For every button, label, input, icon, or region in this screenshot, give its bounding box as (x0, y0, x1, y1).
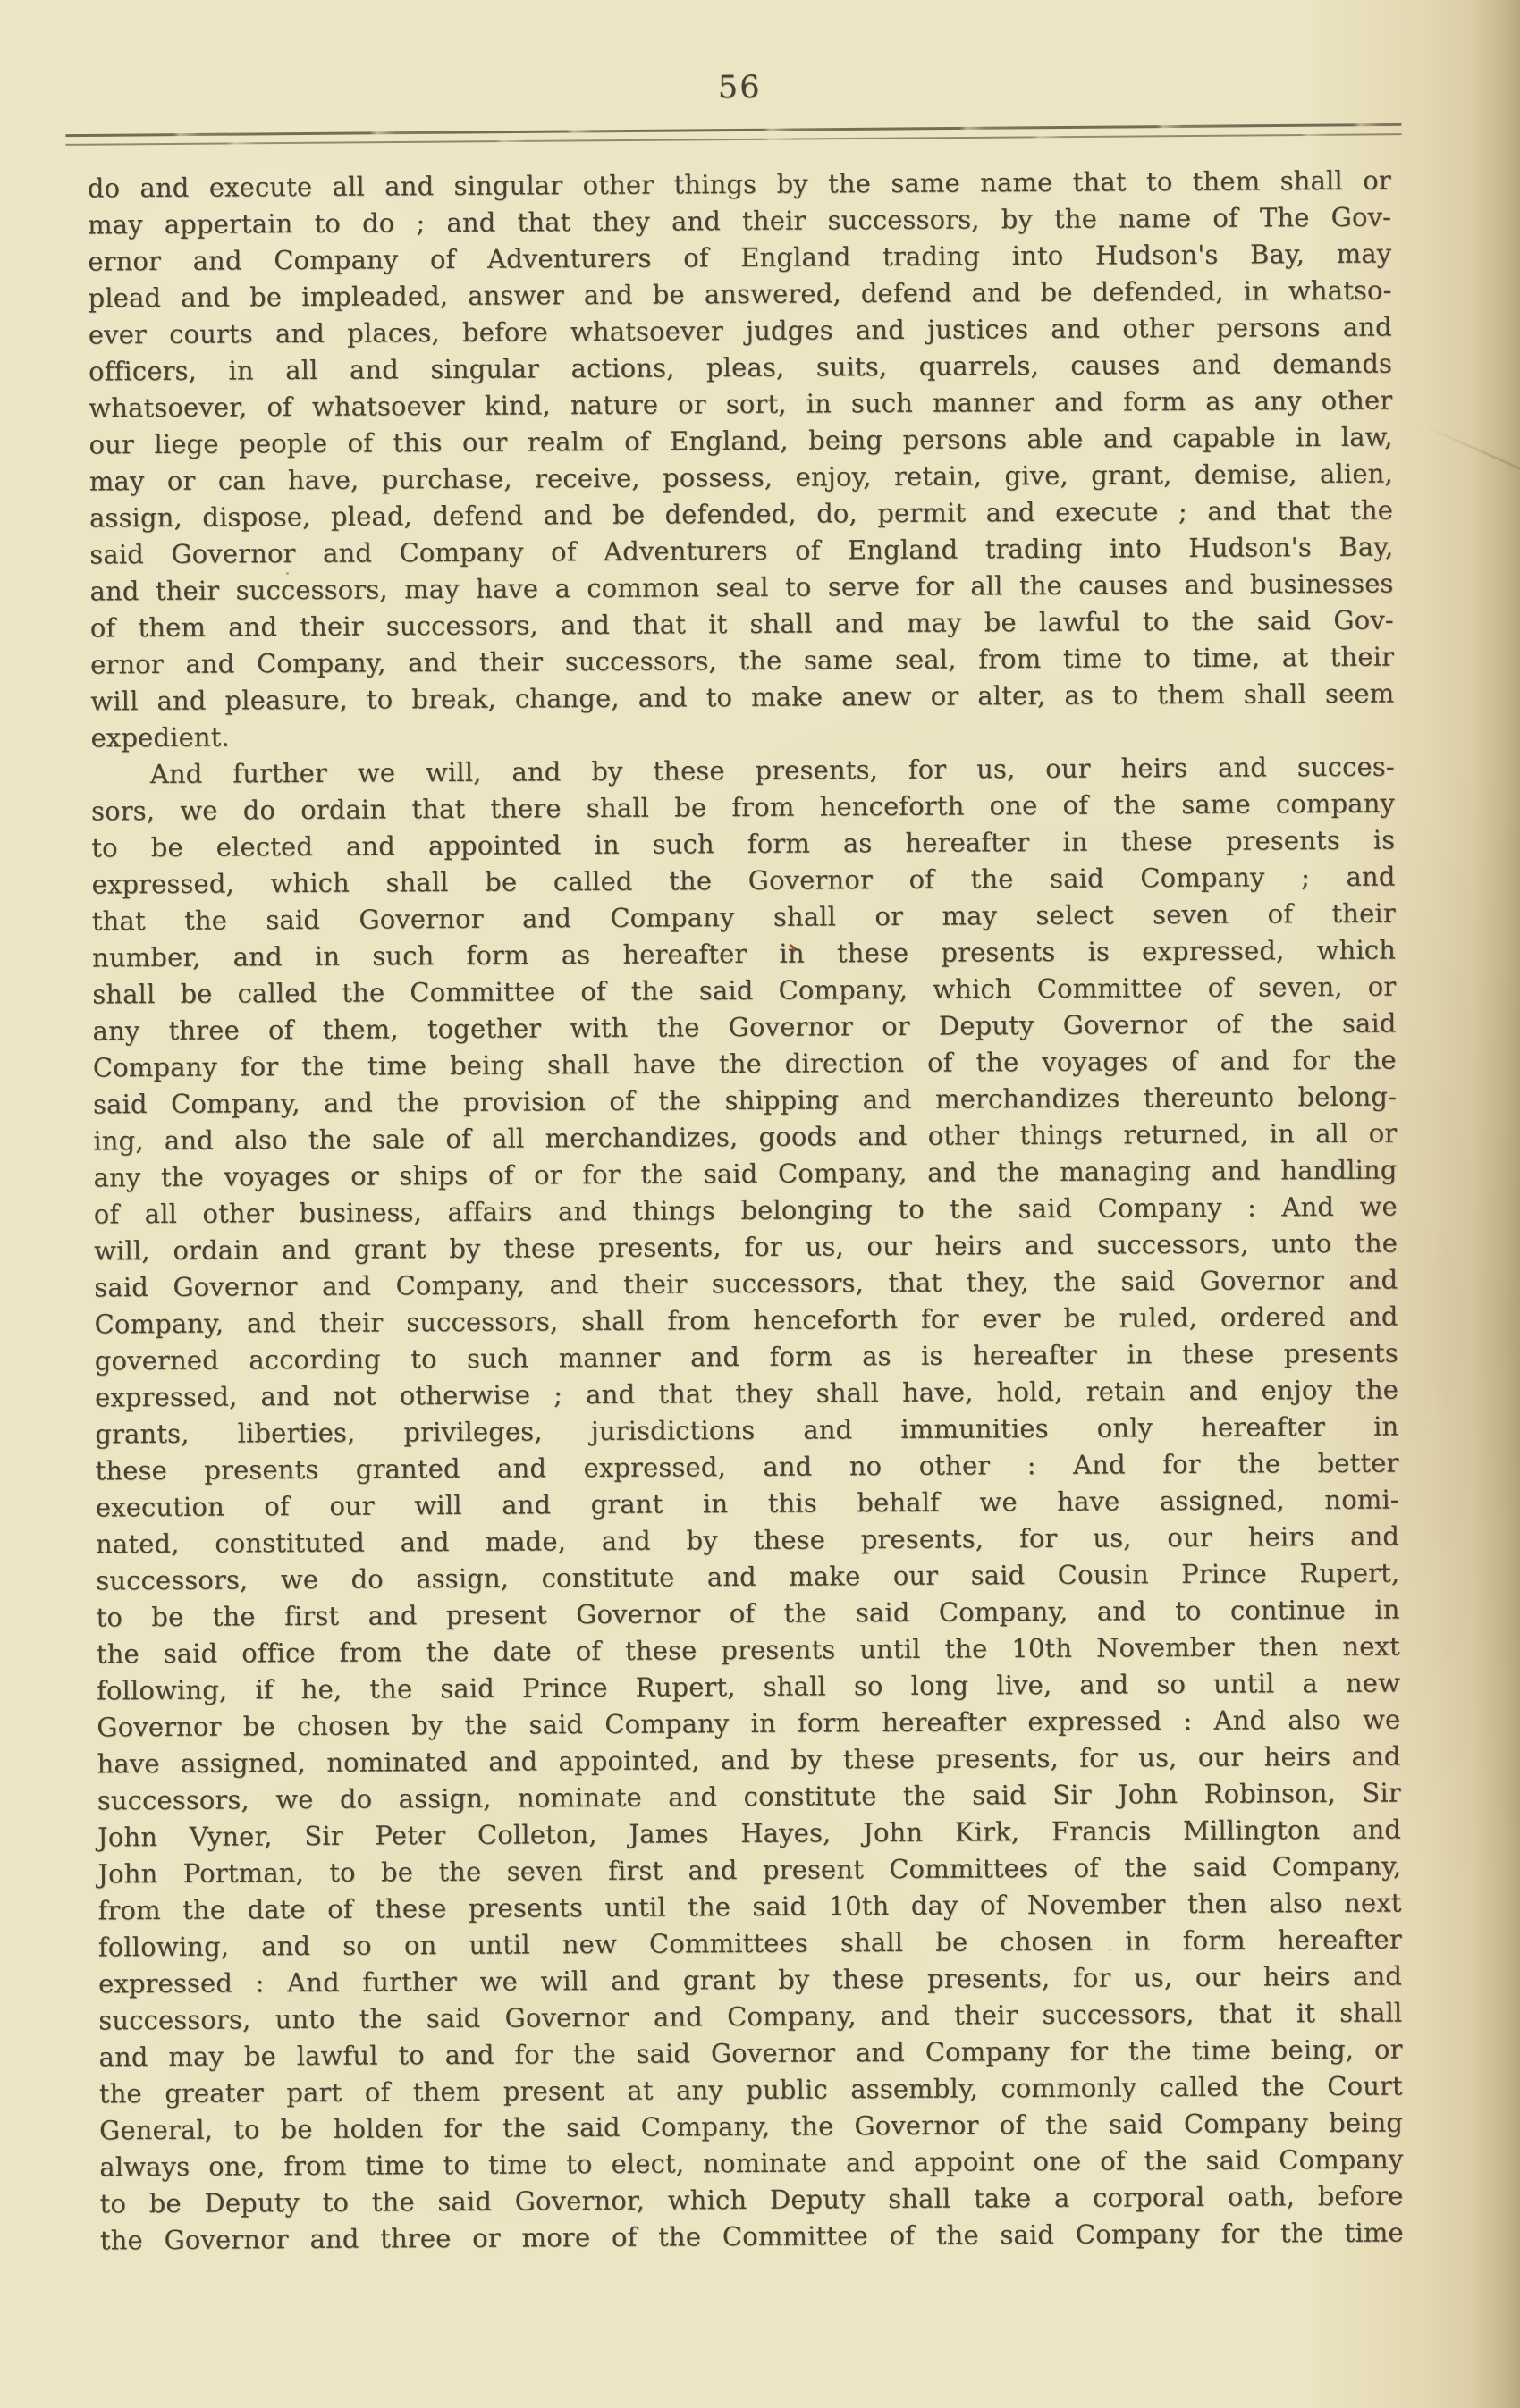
page-content: 56 do and execute all and singular other… (87, 64, 1406, 2260)
text-line: the Governor and three or more of the Co… (100, 2215, 1404, 2260)
header-rule (65, 122, 1401, 147)
paragraph: do and execute all and singular other th… (88, 163, 1395, 757)
page-number: 56 (87, 64, 1392, 112)
scanned-page: 56 do and execute all and singular other… (0, 0, 1520, 2408)
text-block: do and execute all and singular other th… (88, 163, 1404, 2260)
page-edge-shadow (1472, 0, 1520, 2408)
paragraph: And further we will, and by these presen… (91, 749, 1404, 2260)
